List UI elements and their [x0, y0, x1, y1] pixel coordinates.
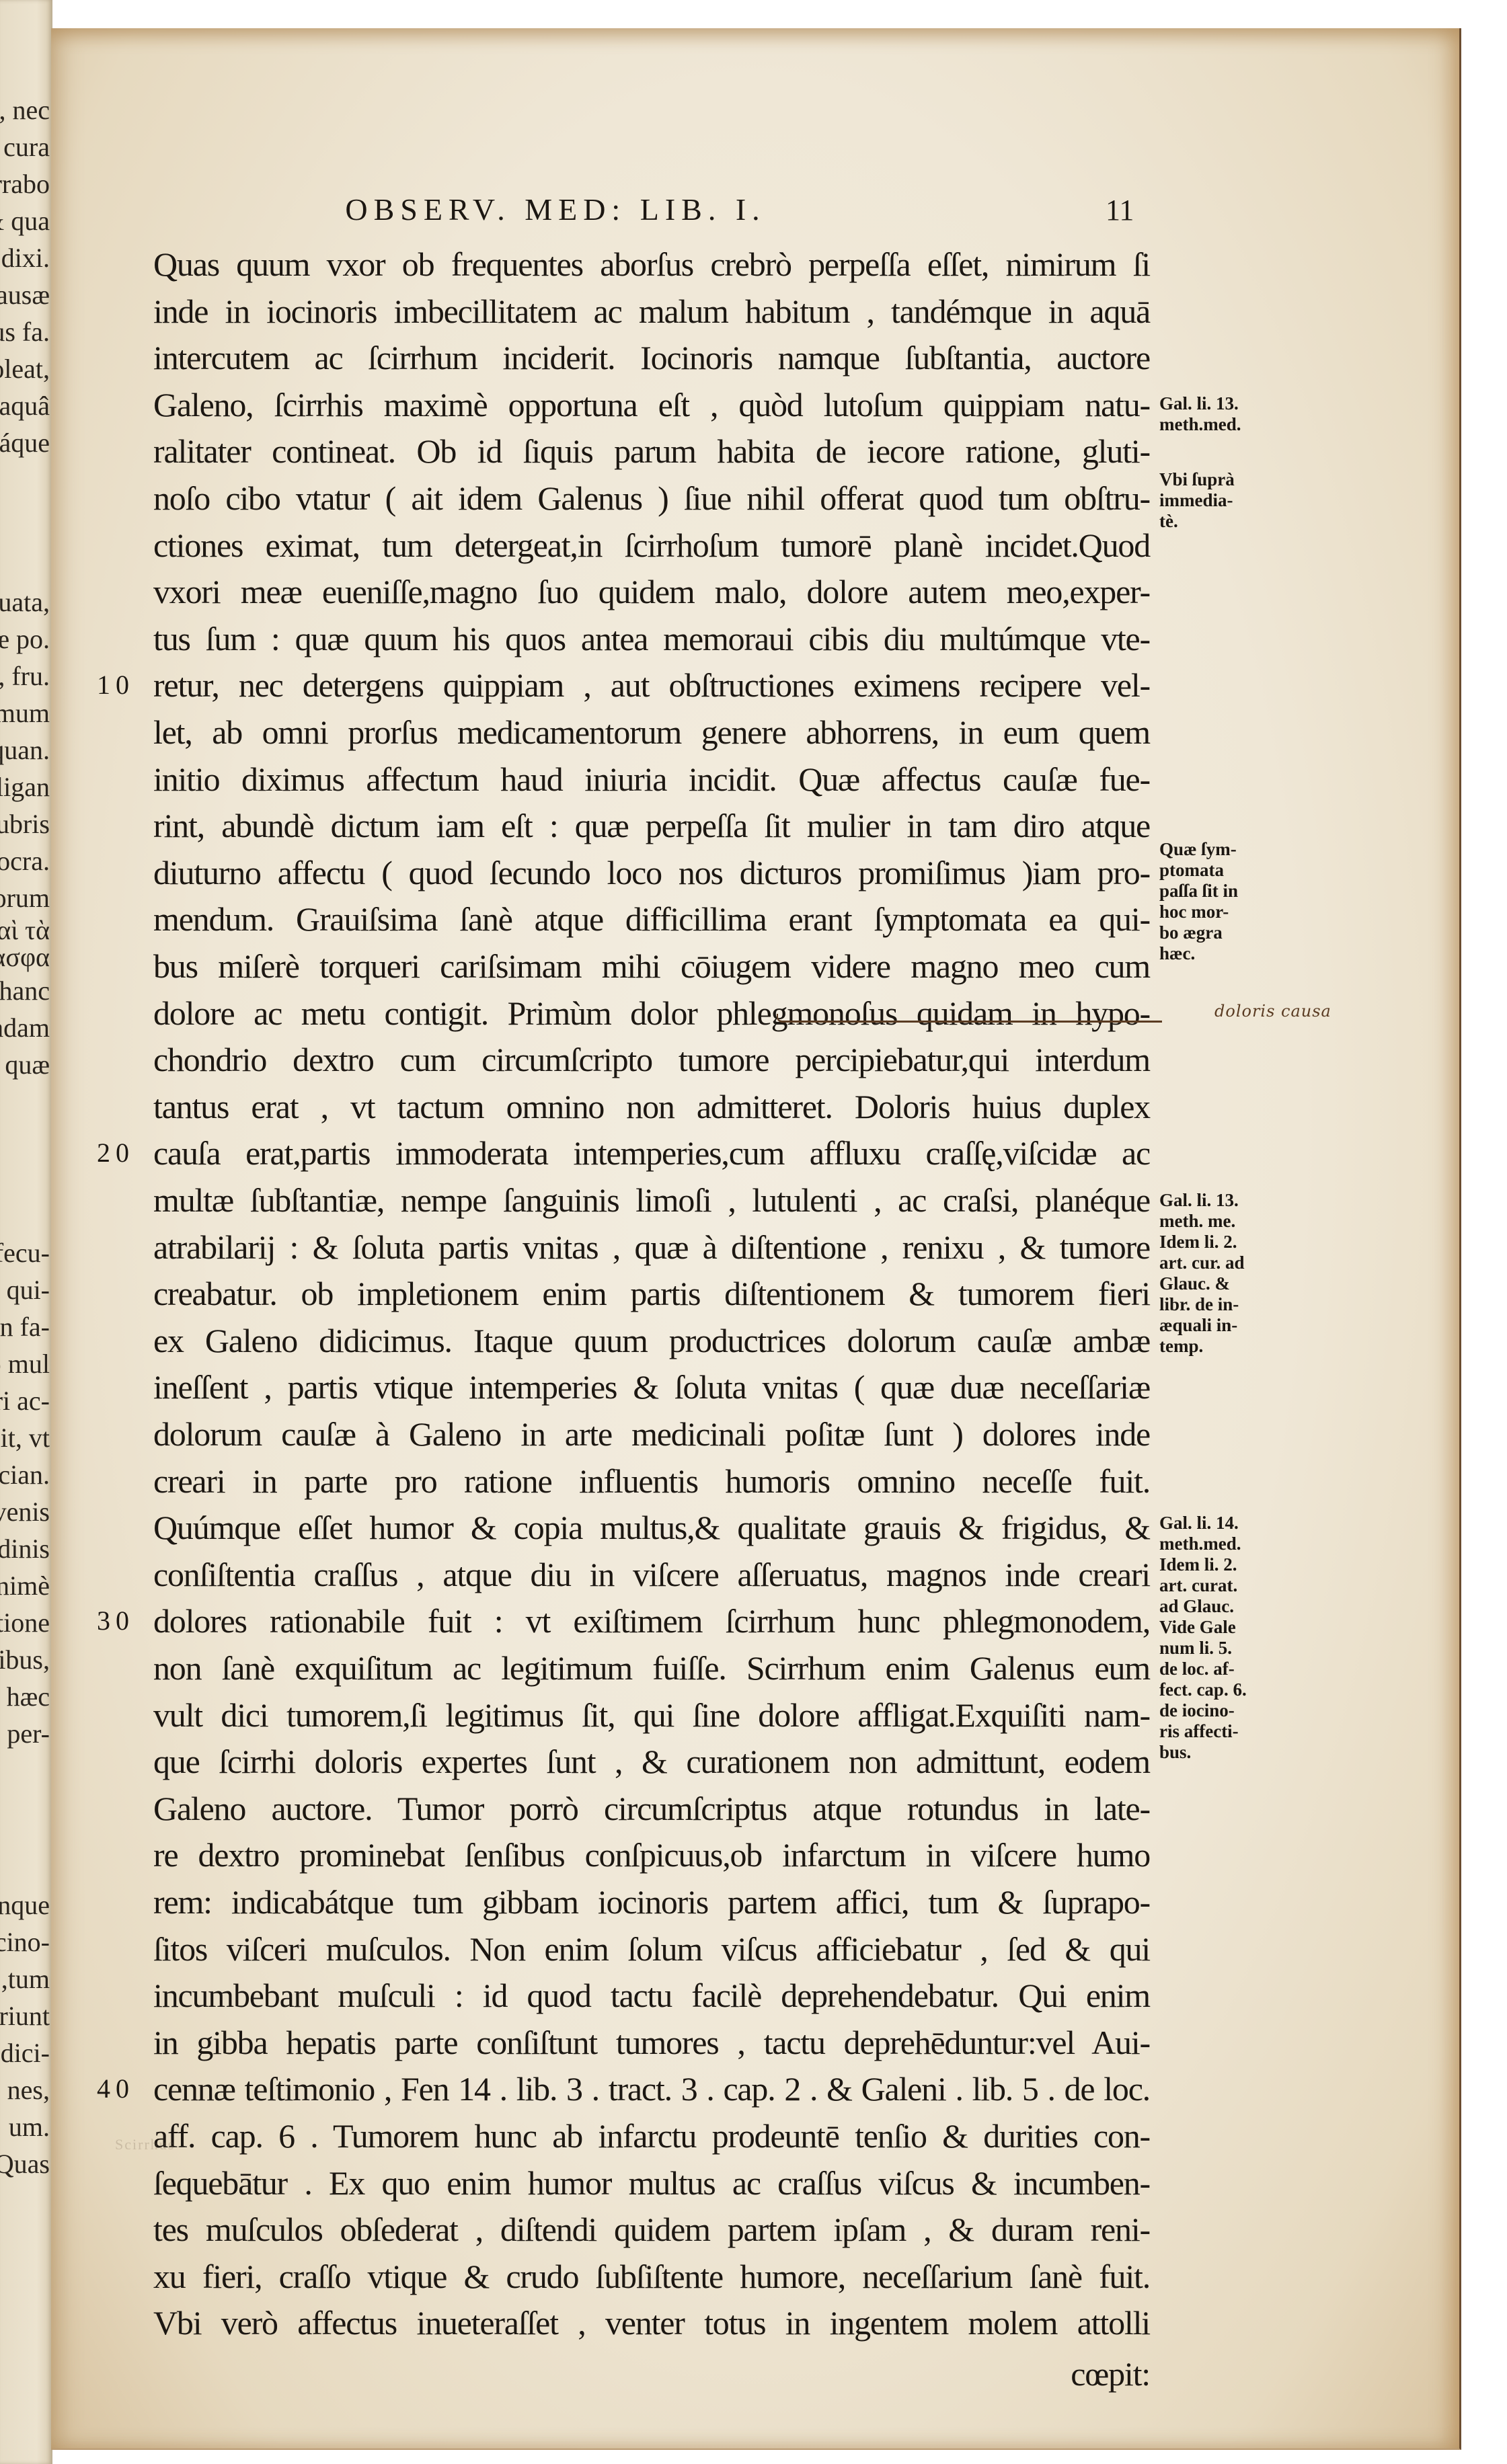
marginal-note-line: Glauc. & [1159, 1273, 1247, 1294]
facing-page-edge: vult , necgna curaNarrabofit,& quaem dix… [0, 0, 52, 2464]
facing-page-line: ieri ac- [0, 1385, 50, 1417]
text-line: Vbi verò affectus inueteraſſet , venter … [153, 2299, 1150, 2346]
text-line: vult dici tumorem,ſi legitimus ſit, qui … [153, 1692, 1150, 1739]
facing-page-line: ci foleat, [0, 353, 50, 385]
marginal-note-line: ptomata [1159, 860, 1247, 881]
marginal-note-line: paſſa ſit in [1159, 881, 1247, 902]
facing-page-line: um. [9, 2111, 50, 2143]
text-line: bus miſerè torqueri cariſsimam mihi cōiu… [153, 943, 1150, 990]
marginal-note-line: Quæ ſym- [1159, 839, 1247, 860]
text-line: tantus erat , vt tactum omnino non admit… [153, 1083, 1150, 1130]
text-line: diuturno affectu ( quod ſecundo loco nos… [153, 849, 1150, 896]
text-line: ralitater contineat. Ob id ſiquis parum … [153, 428, 1150, 475]
facing-page-line: feruata, [0, 586, 50, 618]
text-line: vxori meæ eueniſſe,magno ſuo quidem malo… [153, 568, 1150, 615]
facing-page-line: d hæc [0, 1681, 50, 1712]
facing-page-line: fibus fa. [0, 316, 50, 348]
handwritten-annotation: doloris causa [1214, 1002, 1331, 1021]
offset-ghost-text: Scirrhus [115, 2136, 175, 2153]
text-line: intercutem ac ſcirrhum inciderit. Iocino… [153, 334, 1150, 381]
facing-page-line: rofligan [0, 771, 50, 803]
text-line: que ſcirrhi doloris expertes ſunt , & cu… [153, 1738, 1150, 1785]
facing-page-line: nē hanc [0, 975, 50, 1006]
text-line: let, ab omni prorſus medicamentorum gene… [153, 709, 1150, 756]
marginal-note-line: num li. 5. [1159, 1638, 1247, 1659]
facing-page-line: n & aquâ [0, 390, 50, 422]
facing-page-line: Salubris [0, 808, 50, 840]
facing-page-line: urimum [0, 697, 50, 729]
text-line: Galeno auctore. Tumor porrò circumſcript… [153, 1785, 1150, 1832]
facing-page-line: quadam [0, 1012, 50, 1043]
facing-page-line: Iinimè [0, 1570, 50, 1601]
text-line: atrabilarij : & ſoluta partis vnitas , q… [153, 1224, 1150, 1271]
facing-page-line: atione [0, 1607, 50, 1638]
marginal-note-line: Idem li. 2. [1159, 1232, 1247, 1253]
marginal-note-line: de iocino- [1159, 1700, 1247, 1721]
text-line: rem: indicabátque tum gibbam iocinoris p… [153, 1878, 1150, 1925]
facing-page-line: næ causæ [0, 279, 50, 311]
text-line: noſo cibo vtatur ( ait idem Galenus ) ſi… [153, 475, 1150, 522]
facing-page-line: redinis [0, 1533, 50, 1564]
marginal-note-line: libr. de in- [1159, 1294, 1247, 1315]
marginal-note: Gal. li. 13.meth.med. [1159, 393, 1247, 435]
facing-page-line: ra,eáque [0, 427, 50, 459]
text-line: ctiones eximat, tum detergeat,in ſcirrho… [153, 522, 1150, 569]
facing-page-line: gidæ po. [0, 623, 50, 655]
line-number: 40 [97, 2065, 134, 2112]
line-number: 30 [97, 1597, 134, 1644]
page-number: 11 [1106, 193, 1134, 227]
marginal-note-line: de loc. af- [1159, 1659, 1247, 1679]
text-line: in gibba hepatis parte conſiſtunt tumore… [153, 2019, 1150, 2066]
marginal-note-line: ad Glauc. [1159, 1596, 1247, 1617]
marginal-note-line: Vide Gale [1159, 1617, 1247, 1638]
marginal-note-line: Idem li. 2. [1159, 1554, 1247, 1575]
facing-page-line: s per- [0, 1718, 50, 1749]
marginal-note-line: Gal. li. 13. [1159, 1190, 1247, 1211]
text-line: chondrio dextro cum circumſcripto tumore… [153, 1036, 1150, 1083]
facing-page-line: od qui- [0, 1274, 50, 1306]
text-line: re dextro prominebat ſenſibus conſpicuus… [153, 1831, 1150, 1878]
facing-page-line: ppocra. [0, 845, 50, 877]
text-line: Galeno, ſcirrhis maximè opportuna eſt , … [153, 381, 1150, 428]
text-line: Quúmque eſſet humor & copia multus,& qua… [153, 1504, 1150, 1551]
marginal-note-line: meth.med. [1159, 414, 1247, 435]
text-line: dolores rationabile fuit : vt exiſtimem … [153, 1597, 1150, 1644]
text-line: xu fieri, craſſo vtique & crudo ſubſiſte… [153, 2253, 1150, 2300]
facing-page-line: em dixi. [0, 242, 50, 274]
text-line: cœpit: [153, 2350, 1150, 2397]
text-line: Quas quum vxor ob frequentes aborſus cre… [153, 241, 1150, 288]
facing-page-line: nes, [7, 2074, 50, 2106]
facing-page-line: riunt [0, 2000, 50, 2032]
marginal-note-line: Gal. li. 13. [1159, 393, 1247, 414]
marginal-note: Quæ ſym-ptomatapaſſa ſit inhoc mor-bo æg… [1159, 839, 1247, 964]
facing-page-line: vult , nec [0, 94, 50, 126]
facing-page-line: do mul [0, 1348, 50, 1380]
facing-page-line: Quas [0, 2148, 50, 2180]
ink-underline-mark [777, 1014, 1162, 1023]
facing-page-line: ,tum [1, 1963, 50, 1995]
marginal-note-line: meth.med. [1159, 1534, 1247, 1554]
text-line: ſitos viſceri muſculos. Non enim ſolum v… [153, 1925, 1150, 1973]
facing-page-line: fician. [0, 1459, 50, 1491]
facing-page-line: cino- [0, 1926, 50, 1958]
facing-page-line: fit,& qua [0, 205, 50, 237]
facing-page-line: it, in fa- [0, 1311, 50, 1343]
facing-page-line: Narrabo [0, 168, 50, 200]
text-line: aff. cap. 6 . Tumorem hunc ab infarctu p… [153, 2112, 1150, 2159]
line-number: 10 [97, 662, 134, 709]
marginal-note-line: immedia- [1159, 490, 1247, 511]
text-line: tes muſculos obſederat , diſtendi quidem… [153, 2206, 1150, 2253]
text-line: non ſanè exquiſitum ac legitimum fuiſſe.… [153, 1644, 1150, 1692]
text-line: multæ ſubſtantiæ, nempe ſanguinis limoſi… [153, 1177, 1150, 1224]
text-line: rint, abundè dictum iam eſt : quæ perpeſ… [153, 802, 1150, 849]
marginal-note-line: Gal. li. 14. [1159, 1513, 1247, 1534]
facing-page-line: utorum [0, 882, 50, 914]
marginal-note-line: bo ægra [1159, 922, 1247, 943]
text-line: mendum. Grauiſsima ſanè atque difficilli… [153, 896, 1150, 943]
facing-page-line: ote quæ [0, 1049, 50, 1080]
text-line: tus ſum : quæ quum his quos antea memora… [153, 615, 1150, 662]
marginal-note-line: fect. cap. 6. [1159, 1679, 1247, 1700]
facing-page-line: ium, fru. [0, 660, 50, 692]
marginal-note-line: temp. [1159, 1336, 1247, 1357]
text-line: incumbebant muſculi : id quod tactu faci… [153, 1972, 1150, 2019]
facing-page-line: uit, vt [0, 1422, 50, 1454]
marginal-note-line: bus. [1159, 1742, 1247, 1763]
text-line: initio diximus affectum haud iniuria inc… [153, 756, 1150, 803]
running-head: OBSERV. MED: LIB. I. [152, 192, 959, 227]
facing-page-line: nque [0, 1889, 50, 1921]
marginal-note-line: art. cur. ad [1159, 1253, 1247, 1273]
facing-page-line: gna cura [0, 131, 50, 163]
facing-page-line: tibus, [0, 1644, 50, 1675]
text-line: inde in iocinoris imbecillitatem ac malu… [153, 288, 1150, 335]
marginal-note-line: hoc mor- [1159, 902, 1247, 922]
text-line: creabatur. ob impletionem enim partis di… [153, 1270, 1150, 1317]
marginal-note: Gal. li. 14.meth.med.Idem li. 2.art. cur… [1159, 1513, 1247, 1763]
marginal-note-line: meth. me. [1159, 1211, 1247, 1232]
text-line: creari in parte pro ratione influentis h… [153, 1458, 1150, 1505]
marginal-note-line: tè. [1159, 511, 1247, 532]
marginal-note: Gal. li. 13.meth. me.Idem li. 2.art. cur… [1159, 1190, 1247, 1357]
text-line: conſiſtentia craſſus , atque diu in viſc… [153, 1551, 1150, 1598]
marginal-note-line: æquali in- [1159, 1315, 1247, 1336]
marginal-note: Vbi ſupràimmedia-tè. [1159, 469, 1247, 532]
marginal-note-line: Vbi ſuprà [1159, 469, 1247, 490]
book-page: OBSERV. MED: LIB. I. 11 Quas quum vxor o… [51, 28, 1461, 2450]
text-line: dolore ac metu contigit. Primùm dolor ph… [153, 990, 1150, 1037]
facing-page-line: n venis [0, 1496, 50, 1527]
text-line: ex Galeno didicimus. Itaque quum product… [153, 1317, 1150, 1364]
text-line: dolorum cauſæ à Galeno in arte medicinal… [153, 1410, 1150, 1458]
facing-page-line: τὴν ἐς ἀσφα [0, 941, 50, 973]
text-line: retur, nec detergens quippiam , aut obſt… [153, 662, 1150, 709]
facing-page-line: d fecu- [0, 1237, 50, 1269]
line-number: 20 [97, 1129, 134, 1177]
marginal-note-line: hæc. [1159, 943, 1247, 964]
marginal-note-line: ris affecti- [1159, 1721, 1247, 1742]
marginal-note-line: art. curat. [1159, 1575, 1247, 1596]
facing-page-line: fit,quan. [0, 734, 50, 766]
facing-page-line: dici- [1, 2037, 50, 2069]
text-line: ineſſent , partis vtique intemperies & ſ… [153, 1363, 1150, 1410]
text-line: cennæ teſtimonio , Fen 14 . lib. 3 . tra… [153, 2065, 1150, 2112]
text-line: ſequebātur . Ex quo enim humor multus ac… [153, 2159, 1150, 2207]
text-line: cauſa erat,partis immoderata intemperies… [153, 1129, 1150, 1177]
